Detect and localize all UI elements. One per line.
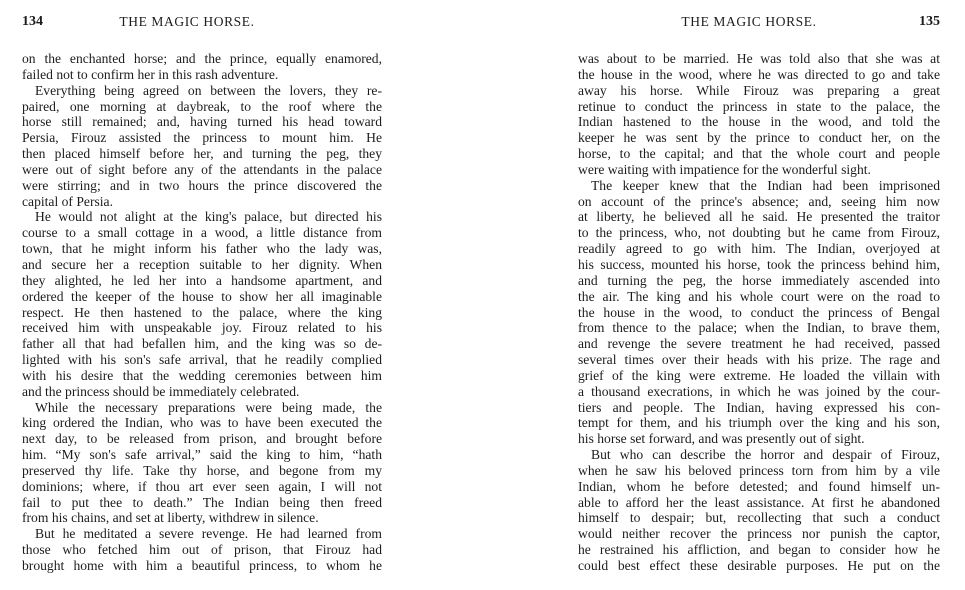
text-line: from his chains, and set at liberty, wit… [22, 510, 382, 526]
text-line: Persia, Firouz assisted the princess to … [22, 130, 382, 146]
page-header: 134 THE MAGIC HORSE. [22, 14, 382, 34]
text-line: away his horse. While Firouz was prepari… [578, 83, 940, 99]
text-line: failed not to confirm her in this rash a… [22, 67, 382, 83]
text-line: and the princess should be immediately c… [22, 384, 382, 400]
text-line: several times over their heads with his … [578, 352, 940, 368]
text-line: were out of sight before any of the atte… [22, 162, 382, 178]
text-line: Everything being agreed on between the l… [22, 83, 382, 99]
text-line: when he saw his beloved princess torn fr… [578, 463, 940, 479]
text-line: king ordered the Indian, who was to have… [22, 415, 382, 431]
text-line: those who fetched him out of prison, tha… [22, 542, 382, 558]
text-line: The keeper knew that the Indian had been… [578, 178, 940, 194]
page-body: was about to be married. He was told als… [578, 51, 940, 574]
text-line: on the enchanted horse; and the prince, … [22, 51, 382, 67]
text-line: readily agreed to go with him. The India… [578, 241, 940, 257]
text-line: at liberty, he believed all he said. He … [578, 209, 940, 225]
text-line: was about to be married. He was told als… [578, 51, 940, 67]
text-line: father all that had befallen him, and th… [22, 336, 382, 352]
text-line: the house in the wood, where he was dire… [578, 67, 940, 83]
text-line: respect. He then hastened to the palace,… [22, 305, 382, 321]
text-line: from thence to the palace; when the Indi… [578, 320, 940, 336]
text-line: they alighted, he led her into a handsom… [22, 273, 382, 289]
text-line: next day, to be released from prison, an… [22, 431, 382, 447]
text-line: and turning the peg, the horse immediate… [578, 273, 940, 289]
text-line: would neither recover the princess nor p… [578, 526, 940, 542]
text-line: he restrained his affliction, and began … [578, 542, 940, 558]
running-head: THE MAGIC HORSE. [52, 14, 322, 30]
text-line: While the necessary preparations were be… [22, 400, 382, 416]
text-line: preserved thy life. Take thy horse, and … [22, 463, 382, 479]
text-line: grief of the king were extreme. He loade… [578, 368, 940, 384]
text-line: tempt for them, and his triumph over the… [578, 415, 940, 431]
text-line: received him with unspeakable joy. Firou… [22, 320, 382, 336]
text-line: were stirring; and in two hours the prin… [22, 178, 382, 194]
text-line: to the princess, who, not doubting but h… [578, 225, 940, 241]
text-line: But who can describe the horror and desp… [578, 447, 940, 463]
page-number: 135 [919, 14, 940, 30]
page-number: 134 [22, 14, 43, 30]
text-line: horse still remained; and, having turned… [22, 114, 382, 130]
text-line: paired, one morning at daybreak, to the … [22, 99, 382, 115]
text-line: brought home with him a beautiful prince… [22, 558, 382, 574]
page-header: THE MAGIC HORSE. 135 [578, 14, 940, 34]
right-page: THE MAGIC HORSE. 135 was about to be mar… [578, 0, 940, 590]
text-line: course to a small cottage in a wood, a l… [22, 225, 382, 241]
text-line: dominions; where, if thou art ever seen … [22, 479, 382, 495]
running-head: THE MAGIC HORSE. [618, 14, 880, 30]
text-line: Indian, whom he before detested; and fou… [578, 479, 940, 495]
text-line: could best effect these desirable purpos… [578, 558, 940, 574]
text-line: fail to put thee to death.” The Indian b… [22, 495, 382, 511]
text-line: horse, to the capital; and that the whol… [578, 146, 940, 162]
text-line: tiers and people. The Indian, having exp… [578, 400, 940, 416]
text-line: town, that he might inform his father wh… [22, 241, 382, 257]
text-line: and secure her a reception suitable to h… [22, 257, 382, 273]
text-line: ordered the keeper of the house to show … [22, 289, 382, 305]
text-line: and revenge the severe treatment he had … [578, 336, 940, 352]
text-line: able to afford her the least assistance.… [578, 495, 940, 511]
text-line: But he meditated a severe revenge. He ha… [22, 526, 382, 542]
text-line: the air. The king and his whole court we… [578, 289, 940, 305]
text-line: Indian hastened to the house in the wood… [578, 114, 940, 130]
text-line: himself to despair; but, recollecting th… [578, 510, 940, 526]
left-page: 134 THE MAGIC HORSE. on the enchanted ho… [22, 0, 382, 590]
text-line: on account of the prince's absence; and,… [578, 194, 940, 210]
text-line: the house in the wood, to conduct the pr… [578, 305, 940, 321]
text-line: him. “My son's safe arrival,” said the k… [22, 447, 382, 463]
text-line: lighted with his son's safe arrival, tha… [22, 352, 382, 368]
text-line: keeper he was sent by the prince to cond… [578, 130, 940, 146]
text-line: his success, mounted his horse, took the… [578, 257, 940, 273]
text-line: retinue to conduct the princess in state… [578, 99, 940, 115]
text-line: He would not alight at the king's palace… [22, 209, 382, 225]
text-line: were waiting with impatience for the won… [578, 162, 940, 178]
page-body: on the enchanted horse; and the prince, … [22, 51, 382, 574]
text-line: then placed himself before her, and turn… [22, 146, 382, 162]
text-line: his horse set forward, and was presently… [578, 431, 940, 447]
text-line: capital of Persia. [22, 194, 382, 210]
text-line: with his desire that the wedding ceremon… [22, 368, 382, 384]
text-line: a thousand execrations, in which he was … [578, 384, 940, 400]
